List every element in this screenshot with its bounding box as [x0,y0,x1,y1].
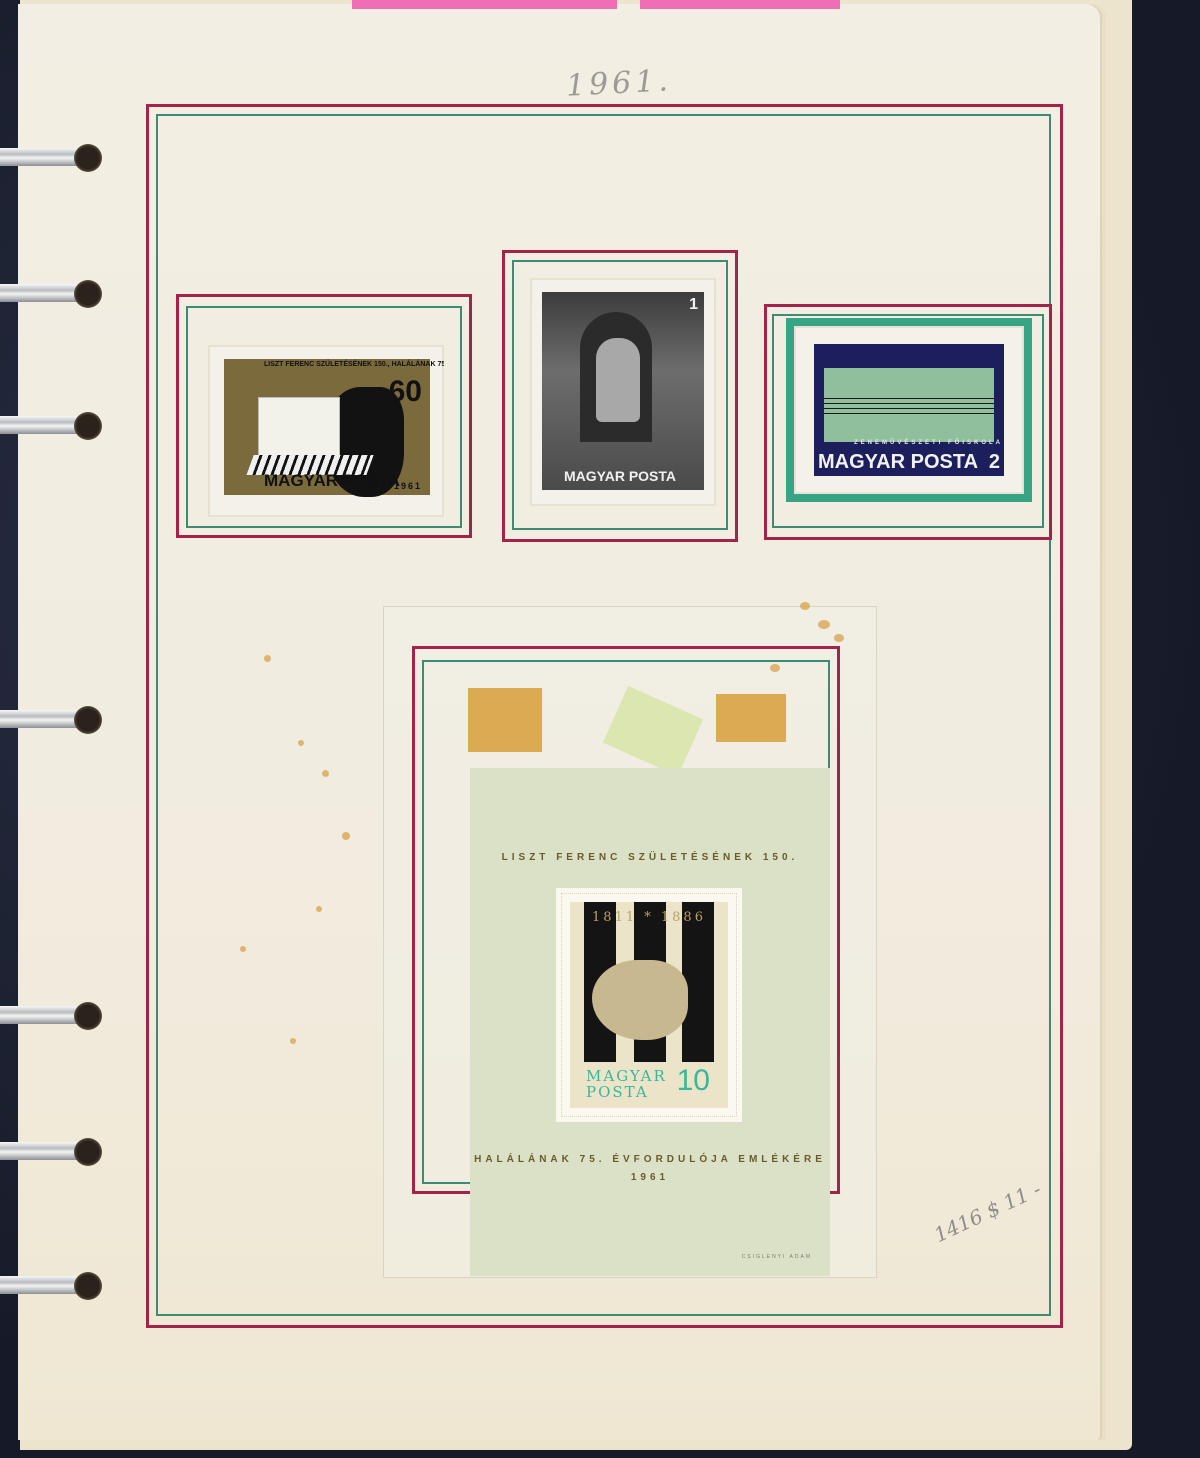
stain [818,620,830,629]
stamp-liszt-2ft[interactable]: ZENEMŰVÉSZETI FŐISKOLA MAGYAR POSTA 2 [786,318,1032,502]
stamp-subcaption: ZENEMŰVÉSZETI FŐISKOLA [854,440,1003,446]
year-heading: 1961. [565,63,673,103]
sheet-footer-line2: 1961 [470,1172,830,1183]
stamp-country: MAGYAR POSTA [586,1068,667,1100]
stamp-caption: LISZT FERENC SZÜLETÉSÉNEK 150., HALÁLÁNA… [264,361,444,368]
binder-ring [0,148,100,166]
sheet-credit: CSIGLENYI ADAM [742,1254,812,1260]
stamp-liszt-60f[interactable]: LISZT FERENC SZÜLETÉSÉNEK 150., HALÁLÁNA… [208,345,444,517]
stamp-country: MAGYAR POSTA [818,451,978,474]
music-staff [824,394,994,418]
binder-ring [0,1276,100,1294]
life-dates: 1811 * 1886 [556,910,742,925]
stain [316,906,322,912]
stamp-value: 10 [677,1064,710,1098]
stain [240,946,246,952]
stamp-value: 2 [989,451,1000,474]
souvenir-stamp[interactable]: 1811 * 1886 MAGYAR POSTA 10 [556,888,742,1122]
stain [770,664,780,672]
stain [298,740,304,746]
stamp-year: 1961 [394,481,422,491]
stamp-country: MAGYAR POSTA [264,471,400,491]
sheet-music [258,397,340,459]
hinge-residue [716,694,786,742]
stamp-value: 1 [689,296,698,314]
stain [290,1038,296,1044]
pink-tab [640,0,840,9]
stain [834,634,844,642]
sheet-header: LISZT FERENC SZÜLETÉSÉNEK 150. [470,852,830,863]
liszt-portrait [592,960,688,1040]
binder-ring [0,1142,100,1160]
binder-ring [0,284,100,302]
stamp-liszt-1ft[interactable]: 1 MAGYAR POSTA [530,278,716,506]
binder-ring [0,1006,100,1024]
hinge-residue [468,688,542,752]
stamp-country: MAGYAR POSTA [564,468,676,484]
sheet-footer-line1: HALÁLÁNAK 75. ÉVFORDULÓJA EMLÉKÉRE [470,1154,830,1165]
stain [264,655,271,662]
binder-ring [0,710,100,728]
stain [322,770,329,777]
stain [800,602,810,610]
souvenir-sheet[interactable]: LISZT FERENC SZÜLETÉSÉNEK 150. 1811 * 18… [470,768,830,1276]
binder-ring [0,416,100,434]
pink-tab [352,0,617,9]
stamp-value: 60 [389,375,422,409]
stain [342,832,350,840]
liszt-statue [596,338,640,422]
